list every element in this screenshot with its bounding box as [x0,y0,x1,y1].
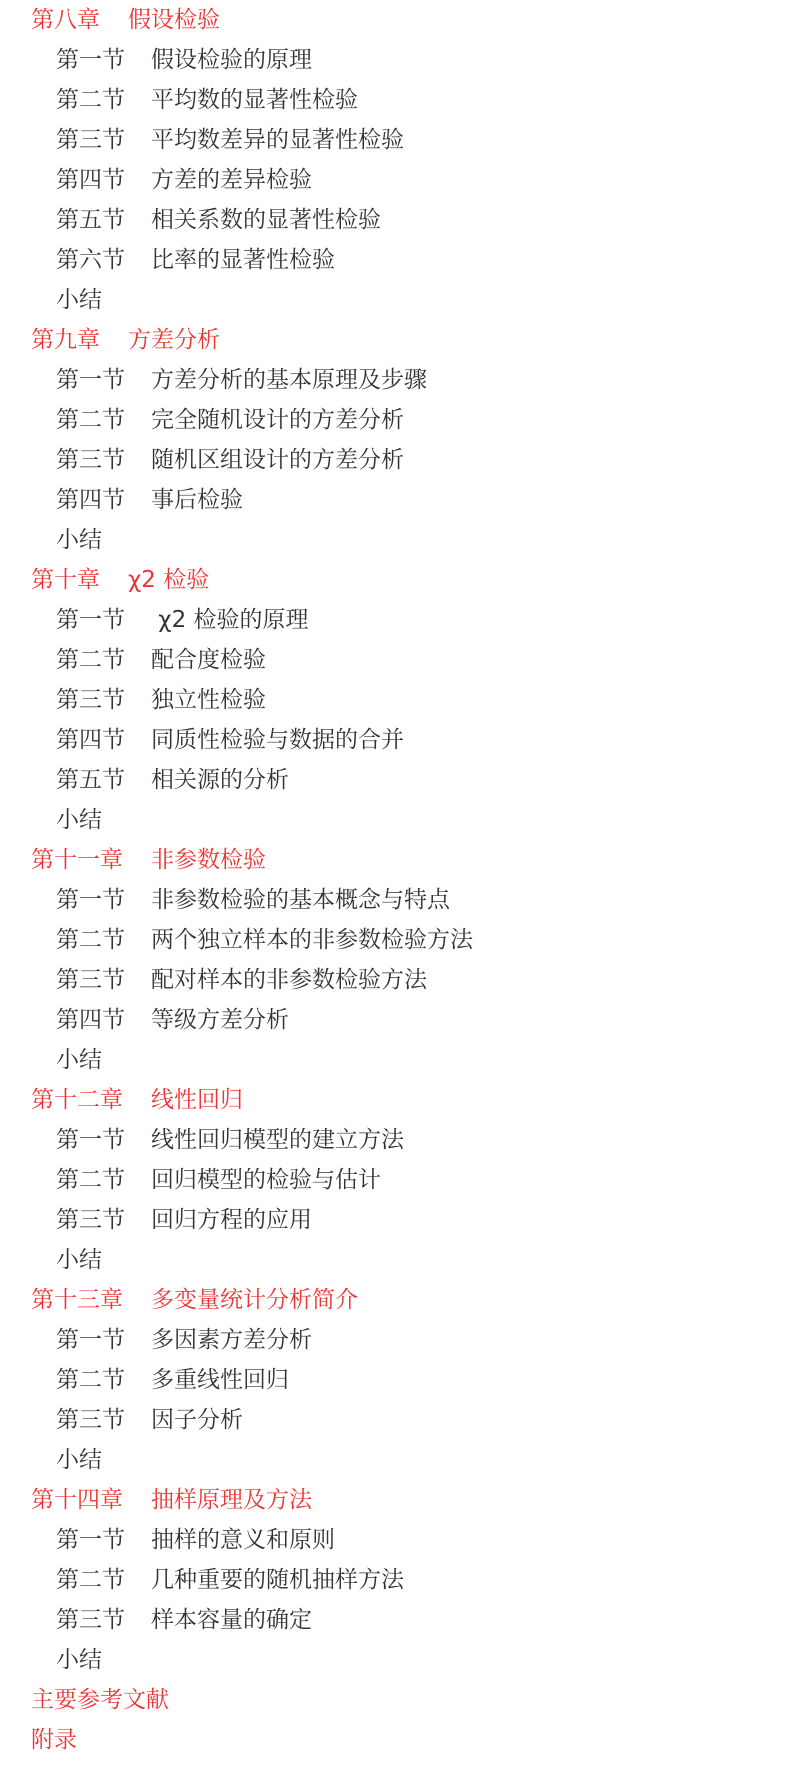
toc-section-link[interactable]: 第一节假设检验的原理 [0,40,790,80]
toc-section-link[interactable]: 第三节平均数差异的显著性检验 [0,120,790,160]
section-number: 第三节 [56,120,125,160]
toc-section-link[interactable]: 第四节事后检验 [0,480,790,520]
section-number: 小结 [56,1040,102,1080]
toc-section-link[interactable]: 第二节两个独立样本的非参数检验方法 [0,920,790,960]
section-number: 小结 [56,1440,102,1480]
chapter-title: 假设检验 [128,0,220,40]
section-number: 第三节 [56,680,125,720]
toc-chapter-link[interactable]: 附录 [0,1720,790,1760]
section-number: 小结 [56,520,102,560]
chapter-title: 线性回归 [151,1080,243,1120]
section-title: 同质性检验与数据的合并 [151,720,404,760]
chapter-number: 第十章 [31,560,100,600]
toc-chapter-link[interactable]: 第十三章多变量统计分析简介 [0,1280,790,1320]
chapter-number: 第十二章 [31,1080,123,1120]
section-title: 相关系数的显著性检验 [151,200,381,240]
toc-section-link[interactable]: 第一节非参数检验的基本概念与特点 [0,880,790,920]
section-number: 第五节 [56,760,125,800]
toc-section-link[interactable]: 第四节同质性检验与数据的合并 [0,720,790,760]
section-number: 小结 [56,1640,102,1680]
section-number: 第四节 [56,480,125,520]
section-number: 第一节 [56,1320,125,1360]
section-number: 第二节 [56,1360,125,1400]
toc-section-link[interactable]: 第三节因子分析 [0,1400,790,1440]
section-number: 第一节 [56,40,125,80]
section-number: 第五节 [56,200,125,240]
chapter-title: 非参数检验 [151,840,266,880]
section-number: 第六节 [56,240,125,280]
toc-chapter-link[interactable]: 第八章假设检验 [0,0,790,40]
toc-section-link[interactable]: 第二节平均数的显著性检验 [0,80,790,120]
section-number: 第二节 [56,1160,125,1200]
section-number: 第二节 [56,920,125,960]
section-number: 第三节 [56,1200,125,1240]
section-title: 平均数差异的显著性检验 [151,120,404,160]
section-title: 两个独立样本的非参数检验方法 [151,920,473,960]
toc-section-link[interactable]: 小结 [0,1440,790,1480]
toc-section-link[interactable]: 第二节几种重要的随机抽样方法 [0,1560,790,1600]
section-title: 配对样本的非参数检验方法 [151,960,427,1000]
section-title: 随机区组设计的方差分析 [151,440,404,480]
toc-section-link[interactable]: 第一节抽样的意义和原则 [0,1520,790,1560]
toc-section-link[interactable]: 第一节 χ2 检验的原理 [0,600,790,640]
section-title: 方差的差异检验 [151,160,312,200]
section-title: 样本容量的确定 [151,1600,312,1640]
section-number: 第四节 [56,720,125,760]
chapter-number: 主要参考文献 [31,1680,169,1720]
section-title: 独立性检验 [151,680,266,720]
toc-section-link[interactable]: 第二节配合度检验 [0,640,790,680]
toc-section-link[interactable]: 第三节独立性检验 [0,680,790,720]
section-number: 第二节 [56,640,125,680]
toc-chapter-link[interactable]: 第十章χ2 检验 [0,560,790,600]
section-number: 第三节 [56,440,125,480]
toc-chapter-link[interactable]: 第十一章非参数检验 [0,840,790,880]
section-title: 回归方程的应用 [151,1200,312,1240]
section-title: 非参数检验的基本概念与特点 [151,880,450,920]
table-of-contents: 第八章假设检验第一节假设检验的原理第二节平均数的显著性检验第三节平均数差异的显著… [0,0,790,1760]
section-title: 几种重要的随机抽样方法 [151,1560,404,1600]
section-number: 小结 [56,280,102,320]
toc-section-link[interactable]: 第一节线性回归模型的建立方法 [0,1120,790,1160]
chapter-number: 附录 [31,1720,77,1760]
section-title: 方差分析的基本原理及步骤 [151,360,427,400]
section-title: 完全随机设计的方差分析 [151,400,404,440]
toc-section-link[interactable]: 第三节样本容量的确定 [0,1600,790,1640]
toc-section-link[interactable]: 第三节回归方程的应用 [0,1200,790,1240]
toc-section-link[interactable]: 第一节方差分析的基本原理及步骤 [0,360,790,400]
section-number: 小结 [56,800,102,840]
section-number: 第三节 [56,960,125,1000]
section-title: 多重线性回归 [151,1360,289,1400]
section-title: 假设检验的原理 [151,40,312,80]
chapter-number: 第十三章 [31,1280,123,1320]
section-title: 平均数的显著性检验 [151,80,358,120]
section-number: 第一节 [56,1120,125,1160]
section-title: 比率的显著性检验 [151,240,335,280]
section-number: 第四节 [56,1000,125,1040]
section-title: 因子分析 [151,1400,243,1440]
chapter-title: χ2 检验 [128,560,209,600]
toc-section-link[interactable]: 第五节相关系数的显著性检验 [0,200,790,240]
section-number: 小结 [56,1240,102,1280]
chapter-title: 方差分析 [128,320,220,360]
section-title: 配合度检验 [151,640,266,680]
section-number: 第二节 [56,80,125,120]
toc-section-link[interactable]: 第二节回归模型的检验与估计 [0,1160,790,1200]
toc-section-link[interactable]: 小结 [0,1640,790,1680]
toc-section-link[interactable]: 第一节多因素方差分析 [0,1320,790,1360]
toc-section-link[interactable]: 第三节随机区组设计的方差分析 [0,440,790,480]
section-title: 相关源的分析 [151,760,289,800]
section-number: 第四节 [56,160,125,200]
toc-chapter-link[interactable]: 第九章方差分析 [0,320,790,360]
section-title: 回归模型的检验与估计 [151,1160,381,1200]
chapter-title: 抽样原理及方法 [151,1480,312,1520]
toc-section-link[interactable]: 小结 [0,1240,790,1280]
section-number: 第一节 [56,360,125,400]
section-number: 第二节 [56,400,125,440]
section-number: 第三节 [56,1600,125,1640]
chapter-number: 第十四章 [31,1480,123,1520]
chapter-number: 第八章 [31,0,100,40]
section-number: 第三节 [56,1400,125,1440]
section-title: 事后检验 [151,480,243,520]
toc-section-link[interactable]: 小结 [0,280,790,320]
toc-section-link[interactable]: 小结 [0,800,790,840]
section-number: 第一节 [56,880,125,920]
section-title: 抽样的意义和原则 [151,1520,335,1560]
toc-section-link[interactable]: 第四节方差的差异检验 [0,160,790,200]
chapter-number: 第九章 [31,320,100,360]
toc-section-link[interactable]: 第六节比率的显著性检验 [0,240,790,280]
toc-section-link[interactable]: 第四节等级方差分析 [0,1000,790,1040]
section-number: 第二节 [56,1560,125,1600]
toc-section-link[interactable]: 第二节完全随机设计的方差分析 [0,400,790,440]
toc-chapter-link[interactable]: 第十四章抽样原理及方法 [0,1480,790,1520]
toc-section-link[interactable]: 第三节配对样本的非参数检验方法 [0,960,790,1000]
chapter-number: 第十一章 [31,840,123,880]
section-title: 多因素方差分析 [151,1320,312,1360]
section-title: χ2 检验的原理 [151,600,309,640]
toc-chapter-link[interactable]: 主要参考文献 [0,1680,790,1720]
toc-section-link[interactable]: 小结 [0,520,790,560]
chapter-title: 多变量统计分析简介 [151,1280,358,1320]
toc-section-link[interactable]: 第五节相关源的分析 [0,760,790,800]
section-number: 第一节 [56,600,125,640]
section-number: 第一节 [56,1520,125,1560]
section-title: 等级方差分析 [151,1000,289,1040]
toc-chapter-link[interactable]: 第十二章线性回归 [0,1080,790,1120]
toc-section-link[interactable]: 小结 [0,1040,790,1080]
toc-section-link[interactable]: 第二节多重线性回归 [0,1360,790,1400]
section-title: 线性回归模型的建立方法 [151,1120,404,1160]
